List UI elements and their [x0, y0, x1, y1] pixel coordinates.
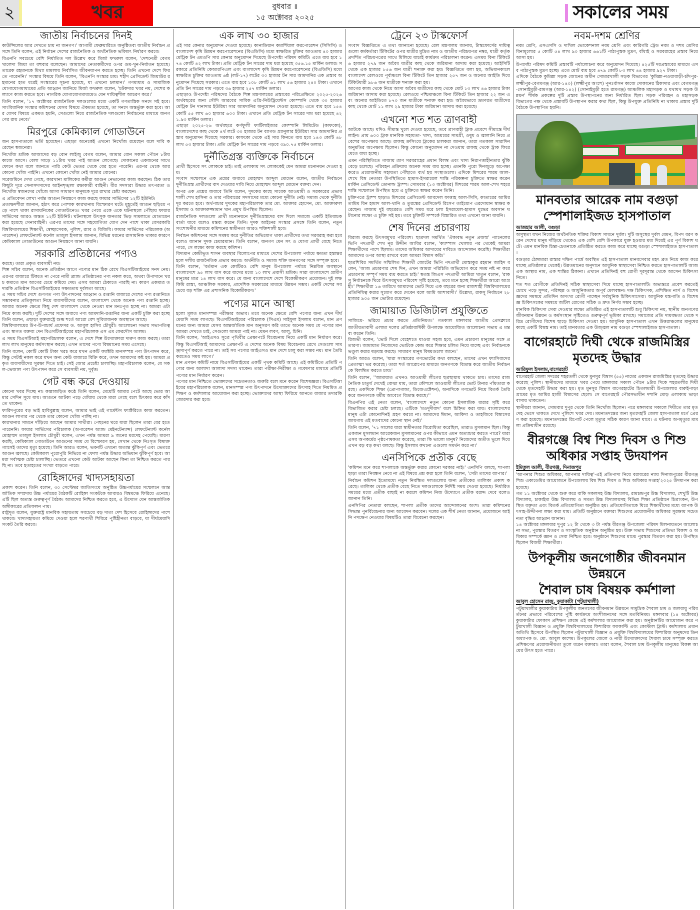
story-body: কোনো খবর দিচ্ছে না। কান্নাজড়িত কণ্ঠে তি…: [2, 390, 170, 470]
paragraph: নিখোঁজ শ্রমিক আজাদের বড় বোন লাইজু বেগম …: [2, 153, 170, 177]
story-body: হলো মূলত মানসম্পন্ন পরীক্ষার অভাব। তবে অ…: [176, 312, 342, 405]
paragraph: জন হাসপাতালে ভর্তি হয়েছেন। এছাড়া অনেকে…: [2, 140, 170, 152]
story-jamaat-digital: জামায়াত ডিজিটাল প্রযুক্তিতে সাজিয়ে- ভর…: [348, 305, 510, 449]
paragraph: তিনি বলেন, ''জামায়াত এখনও আওয়ামী লীগের…: [348, 376, 510, 400]
paragraph: এছাড়া ২০২৫-২৬ অর্থবছরে কর্ণফুলী ফার্টিল…: [176, 124, 342, 148]
logo-accent-bar: [565, 4, 568, 22]
story-fertilizer-import: এক লাখ ৩০ হাজার এই সার কেনার অনুমোদন দেও…: [176, 30, 342, 149]
paragraph: স্থানীয়রা জানান, সোমবার দুপুর থেকে তিনি…: [516, 406, 698, 430]
paragraph: রাষ্ট্রদূত বলেন, যুক্তরাষ্ট্র মানবিক সহা…: [2, 511, 170, 529]
story-body: সংবাদ বিজ্ঞপ্তিতে এ তথ্য জানানো হয়েছে। …: [348, 44, 510, 112]
headline: মানবতার আরেক নাম বগুড়া স্পেশালাইজড হাসপ…: [516, 192, 698, 224]
newspaper-logo: সকালের সময়: [565, 0, 700, 26]
paragraph: এই সার কেনার অনুমোদন দেওয়া হয়েছে। কানা…: [176, 44, 342, 93]
story-gate-closed: গেট বন্ধ করে দেওয়ায় কোনো খবর দিচ্ছে না…: [2, 376, 170, 470]
dateline: বুধবার ॥ ১৫ অক্টোবর ২০২৫: [230, 1, 340, 23]
paragraph: রাজনৈতিক দলগুলো প্রার্থী মনোনয়নে দুর্নী…: [176, 215, 342, 233]
paragraph: উপদেষ্টা পরিষদ কমিটি প্রস্তাবটি পর্যালোচ…: [516, 63, 698, 75]
story-body: 'আপনার শিশুর অধিকার, আপনার দায়িত্ব'-এই …: [516, 473, 698, 547]
paragraph: সাজিয়ে- ভরিয়ে প্রচার করতে প্রতিনিয়ত।'…: [348, 319, 510, 337]
story-body: আটকে আছে। যদিও সীমান্ত খুলে দেওয়া হয়েছ…: [348, 128, 510, 220]
newspaper-name: সকালের সময়: [573, 0, 668, 26]
page-number: ২: [0, 0, 22, 26]
paragraph: প্রার্থী হিসেবে সৎ লোককে চাই। তাই এলাকায…: [176, 165, 342, 177]
paragraph: নির্বাচন কমিশন ইতোমধ্যে নতুন নিবন্ধিত দল…: [348, 479, 510, 503]
story-textbooks: নবম-দশম শ্রেণির নবম শ্রেণি, এসএসসি ও দাখ…: [516, 30, 698, 112]
story-body: বাগেরহাট জেলা সদরের শহরতলী থেকে মুনসুর ব…: [516, 375, 698, 430]
story-body: 'কমিশন মনে করে শাপলাকে অন্তর্ভুক্ত করার …: [348, 466, 510, 522]
paragraph: নবম শ্রেণি, এসএসসি ও দাখিল ভোকেশনাল নবম …: [516, 44, 698, 62]
headline: বীরগঞ্জে বিশ্ব শিশু দিবস ও শিশু অধিকার স…: [516, 432, 698, 464]
story-body: করছে। তারা প্রকৃত ব্যবসায়ী নয়। শিল্প স…: [2, 262, 170, 374]
headline: নবম-দশম শ্রেণির: [516, 30, 698, 43]
paragraph: শিল্প সচিব বলেন, অনেক প্রতিষ্ঠান আগে পণ্…: [2, 268, 170, 292]
paragraph: বিএনপি সবচেয়ে বেশি নির্যাতিত দল উল্লেখ …: [2, 57, 170, 100]
paragraph: মান প্রণয়ন কমিটি নামে বিএসটিআইয়ের একটি…: [176, 361, 342, 379]
story-ncp-symbol: এনসিপিকে প্রতীক বেছে 'কমিশন মনে করে শাপল…: [348, 452, 510, 522]
paragraph: এ সময় বিএসটিআই মহাপরিচালক বলেন, এ দেশে …: [2, 337, 170, 349]
paragraph: এনসিপির নেতারা বলছেন, শাপলা প্রতীক তাদের…: [348, 504, 510, 522]
headline: এখনো শত শত ত্রাণবাহী: [348, 114, 510, 127]
story-govt-products: সরকারি প্রতিষ্ঠানের পণ্যও করছে। তারা প্র…: [2, 248, 170, 374]
story-bogura-hospital: মানবতার আরেক নাম বগুড়া স্পেশালাইজড হাসপ…: [516, 114, 698, 332]
paragraph: মানবিক চিকিৎসা সেবা দেওয়ার লক্ষ্যে প্রত…: [516, 308, 698, 332]
column-1: জাতীয় নির্বাচনের দিনই কাউন্সিলের আর দেখ…: [0, 29, 172, 909]
paragraph: কাউন্সিলের আর দেখতে চায় না জনগণ।' আগামী…: [2, 44, 170, 56]
day-label: বুধবার ॥: [230, 1, 340, 12]
paragraph: বিরাজ করছে উৎসবমুখর পরিবেশ। ছাত্রদল সমর্…: [348, 236, 510, 260]
section-label: খবর: [62, 0, 153, 26]
paragraph: সংবাদ বিজ্ঞপ্তিতে এ তথ্য জানানো হয়েছে। …: [348, 44, 510, 87]
headline: মিরপুরে কেমিক্যাল গোডাউনে: [2, 126, 170, 139]
paragraph: এ প্রতিবেদন লেখা পর্যন্ত আগুন নিয়ন্ত্রণ…: [2, 197, 170, 203]
story-seaweed-workshop: উপকূলীয় জনগোষ্ঠীর জীবনমান উন্নয়নে শৈবা…: [516, 550, 698, 656]
story-mirpur-chemical-godown: মিরপুরে কেমিক্যাল গোডাউনে জন হাসপাতালে ভ…: [2, 126, 170, 246]
paragraph: শত শত রোগীকে প্রতিদিনই সঠিক স্বাস্থ্যসেব…: [516, 283, 698, 307]
paragraph: অপর এক প্রশ্নের জবাবে তিনি বলেন, দুদকের …: [176, 190, 342, 214]
story-corrupt-candidates: দুর্নীতিগ্রস্ত ব্যক্তিকে নির্বাচনে প্রার…: [176, 151, 342, 296]
paragraph: তিনি আরও বলেন, 'যারা সংস্কারের গণভোটের ক…: [348, 357, 510, 375]
headline: জাতীয় নির্বাচনের দিনই: [2, 30, 170, 43]
paragraph: তিনি বলেন, 'আইএসও সুত্রে পৃথিবীর প্রেক্ষ…: [176, 336, 342, 360]
masthead: ২ খবর বুধবার ॥ ১৫ অক্টোবর ২০২৫ সকালের সম…: [0, 0, 700, 28]
story-relief-trucks: এখনো শত শত ত্রাণবাহী আটকে আছে। যদিও সীমা…: [348, 114, 510, 220]
paragraph: করছে। তারা প্রকৃত ব্যবসায়ী নয়।: [2, 262, 170, 268]
story-birganj-child-day: বীরগঞ্জে বিশ্ব শিশু দিবস ও শিশু অধিকার স…: [516, 432, 698, 547]
paragraph: রিজভী বলেন, 'ভোট দিলে বেহেশতে যাওয়া সহজ…: [348, 338, 510, 356]
headline: সরকারি প্রতিষ্ঠানের পণ্যও: [2, 248, 170, 261]
headline: বাগেরহাটে দিঘী থেকে রাজমিস্ত্রির মৃতদেহ …: [516, 334, 698, 366]
paragraph: ফারিদপুরের বড় ভাই হাবিবুল্লাহ বলেন, আমা…: [2, 409, 170, 421]
paragraph: হলো মূলত মানসম্পন্ন পরীক্ষার অভাব। তবে অ…: [176, 312, 342, 336]
paragraph: বগুড়ার ঠেঙ্গামারা রাস্তার দক্ষিণ পার্শ্…: [516, 258, 698, 282]
headline: রোহিঙ্গাদের খাদ্যসহায়তা: [2, 472, 170, 485]
hospital-photo: [516, 114, 698, 189]
story-body: বিরাজ করছে উৎসবমুখর পরিবেশ। ছাত্রদল সমর্…: [348, 236, 510, 304]
column-2: এক লাখ ৩০ হাজার এই সার কেনার অনুমোদন দেও…: [174, 29, 344, 909]
paragraph: পণ্যের মান নিশ্চিতে ভোক্তাদের সচেতনতাও জ…: [176, 380, 342, 404]
headline: শেষ দিনের প্রচারণায়: [348, 222, 510, 235]
paragraph: চুক্তিপত্রে ট্রাম্প ছাড়াও মিশরের প্রেসি…: [348, 196, 510, 220]
paragraph: প্রত্যক্ষদর্শীরা জানান, হঠাৎ করে পোশাক ক…: [2, 203, 170, 246]
paragraph: এছাড়াও উপদেষ্টা পরিষদের বৈঠকে শিল্প মন্…: [176, 93, 342, 123]
story-body: জন হাসপাতালে ভর্তি হয়েছেন। এছাড়া অনেকে…: [2, 140, 170, 246]
headline: গেট বন্ধ করে দেওয়ায়: [2, 376, 170, 389]
paragraph: 'আপনার শিশুর অধিকার, আপনার দায়িত্ব'-এই …: [516, 473, 698, 491]
paragraph: ১৪ অক্টোবর মঙ্গলবার দুপুর ১২ টা থেকে ৩ ট…: [516, 523, 698, 547]
paragraph: সংবাদ সম্মেলনে এক প্রশ্নের জবাবে মোহাম্ম…: [176, 177, 342, 189]
paragraph: বাগেরহাট জেলা সদরের শহরতলী থেকে মুনসুর ব…: [516, 375, 698, 405]
paragraph: সরেজমিনে দেখা গেছে, কারখানা মালিকের কর্ম…: [2, 178, 170, 196]
paragraph: বিএনপির এই নেতা বলেন, 'বাংলাদেশে নতুন কো…: [348, 401, 510, 425]
story-rohingya-food-aid: রোহিঙ্গাদের খাদ্যসহায়তা প্রকাশ করেন। তি…: [2, 472, 170, 529]
story-body: প্রকাশ করেন। তিনি বলেন, ৩০ সেপ্টেম্বর জা…: [2, 486, 170, 529]
column-3: ট্রেনে ২৩ টাস্কফোর্স সংবাদ বিজ্ঞপ্তিতে এ…: [346, 29, 512, 909]
headline: উপকূলীয় জনগোষ্ঠীর জীবনমান উন্নয়নে শৈবা…: [516, 550, 698, 598]
byline: আরিফুল ইসলাম,বাগেরহাট: [516, 368, 698, 374]
headline: পণ্যের মানে আস্থা: [176, 298, 342, 311]
byline: আবুল হোসেন রাজু, কুয়াকাটা (পটুয়াখালী): [516, 600, 698, 606]
story-body: অসুস্থতা যখন নিজের অর্থনৈতিক শক্তির বিকা…: [516, 233, 698, 332]
headline: এক লাখ ৩০ হাজার: [176, 30, 342, 43]
story-body: এই সার কেনার অনুমোদন দেওয়া হয়েছে। কানা…: [176, 44, 342, 149]
headline: জামায়াত ডিজিটাল প্রযুক্তিতে: [348, 305, 510, 318]
paragraph: এ সময় সচিব দেশে গুণগত পণ্য উৎপাদনের আহ্…: [2, 293, 170, 323]
byline: আজহার আলী, বগুড়া: [516, 226, 698, 232]
paragraph: গত ১১ অক্টোবর থেকে শুরু করে বাকি সকলসহ উ…: [516, 492, 698, 522]
story-last-day-campaign: শেষ দিনের প্রচারণায় বিরাজ করছে উৎসবমুখর…: [348, 222, 510, 304]
paragraph: এদিকে বৈঠকে কুমিল্লা সড়ক জোনের অধীন সোম…: [516, 75, 698, 112]
headline: ট্রেনে ২৩ টাস্কফোর্স: [348, 30, 510, 43]
paragraph: তিনি বলেন, কোটি কোটি টাকা খরচ করে যখন এক…: [2, 350, 170, 374]
paragraph: আটকে আছে। যদিও সীমান্ত খুলে দেওয়া হয়েছ…: [348, 128, 510, 158]
story-body: কাউন্সিলের আর দেখতে চায় না জনগণ।' আগামী…: [2, 44, 170, 124]
paragraph: বিশ্ববিদ্যালয়ের উপ-উপাচার্য প্রফেসর ড. …: [2, 324, 170, 336]
paragraph: নির্বাচন কমিশনের সঙ্গে সমন্বয় করে দুর্ন…: [176, 234, 342, 252]
masthead-divider: [0, 27, 700, 28]
story-product-quality-trust: পণ্যের মানে আস্থা হলো মূলত মানসম্পন্ন পর…: [176, 298, 342, 405]
paragraph: বিদ্যমান কেন্দ্রীভূত শাসন ব্যবস্থার বিলো…: [176, 252, 342, 264]
paragraph: আগের কাজ থেকে নিয়ে আসা অবৈধ যাত্রীদের ক…: [348, 87, 510, 111]
headline: দুর্নীতিগ্রস্ত ব্যক্তিকে নির্বাচনে: [176, 151, 342, 164]
paragraph: ছাত্রশিবির সমর্থিত সম্মিলিত শিক্ষার্থী জ…: [348, 261, 510, 304]
paragraph: পটুয়াখালীর কুয়াকাটায় উপকূলীয় জনগণের …: [516, 607, 698, 656]
paragraph: অসুস্থতা যখন নিজের অর্থনৈতিক শক্তির বিকা…: [516, 233, 698, 257]
date-label: ১৫ অক্টোবর ২০২৫: [230, 12, 340, 23]
story-body: সাজিয়ে- ভরিয়ে প্রচার করতে প্রতিনিয়ত।'…: [348, 319, 510, 449]
story-body: পটুয়াখালীর কুয়াকাটায় উপকূলীয় জনগণের …: [516, 607, 698, 656]
column-4: নবম-দশম শ্রেণির নবম শ্রেণি, এসএসসি ও দাখ…: [514, 29, 700, 909]
byline: ইমিতুল আলী, বীরগঞ্জ, দিনাজপুর: [516, 466, 698, 472]
story-train-taskforce: ট্রেনে ২৩ টাস্কফোর্স সংবাদ বিজ্ঞপ্তিতে এ…: [348, 30, 510, 112]
paragraph: 'কমিশন মনে করে শাপলাকে অন্তর্ভুক্ত করার …: [348, 466, 510, 478]
headline: এনসিপিকে প্রতীক বেছে: [348, 452, 510, 465]
story-national-election: জাতীয় নির্বাচনের দিনই কাউন্সিলের আর দেখ…: [2, 30, 170, 124]
paragraph: এমন পরিস্থিতিতে গাজায় ত্রাণ সরবরাহের প্…: [348, 159, 510, 196]
story-body: প্রার্থী হিসেবে সৎ লোককে চাই। তাই এলাকায…: [176, 165, 342, 296]
paragraph: তিনি বলেন, '৭১ সালের যারা স্বাধীনতার বির…: [348, 426, 510, 450]
paragraph: কোনো খবর দিচ্ছে না। কান্নাজড়িত কণ্ঠে তি…: [2, 390, 170, 408]
story-bagerhat-body-recovered: বাগেরহাটে দিঘী থেকে রাজমিস্ত্রির মৃতদেহ …: [516, 334, 698, 430]
paragraph: তিনি বলেন, 'বর্তমান এক কোটিরও বেশি মানুষ…: [176, 265, 342, 295]
story-body: নবম শ্রেণি, এসএসসি ও দাখিল ভোকেশনাল নবম …: [516, 44, 698, 112]
paragraph: কারখানার সামনে দাঁড়িয়ে আছেন আমার সাথীর…: [2, 421, 170, 470]
paragraph: প্রকাশ করেন। তিনি বলেন, ৩০ সেপ্টেম্বর জা…: [2, 486, 170, 510]
paragraph: তিনি বলেন, '১৭ অক্টোবর রাজনৈতিক দলগুলোর …: [2, 100, 170, 124]
